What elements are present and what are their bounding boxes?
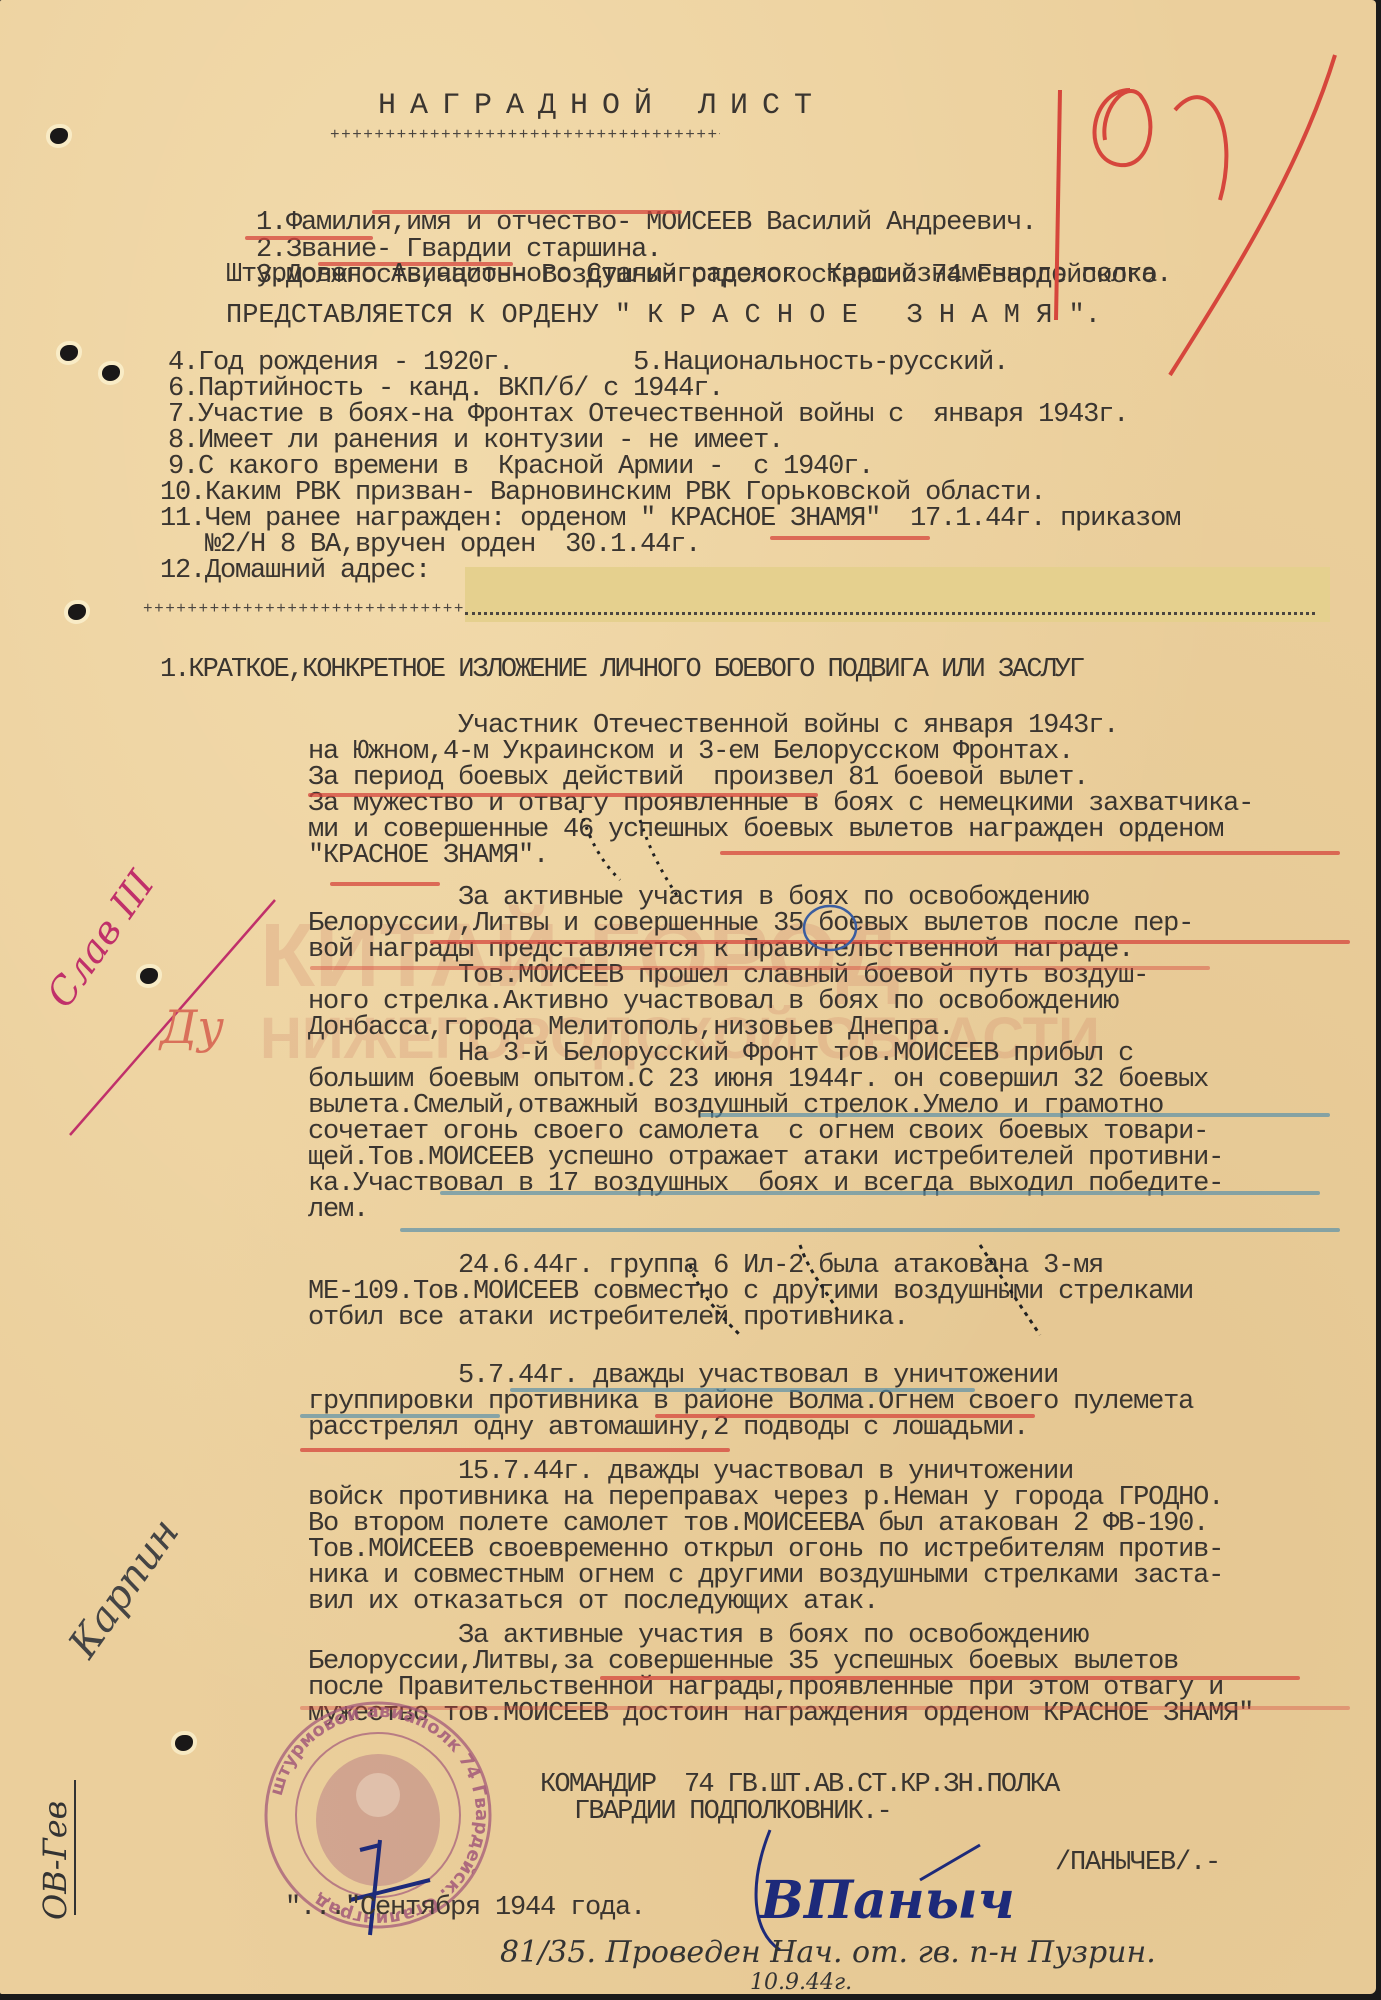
punch-hole — [60, 345, 78, 361]
body-line: ника и совместным огнем с другими воздуш… — [308, 1563, 1223, 1590]
punch-hole — [68, 604, 86, 620]
body-line: Во втором полете самолет тов.МОИСЕЕВА бы… — [308, 1511, 1208, 1538]
section-rule: +++++++++++++++++++++++++++++++++++++++ — [143, 600, 465, 618]
nomination-line: ПРЕДСТАВЛЯЕТСЯ К ОРДЕНУ " К Р А С Н О Е … — [226, 303, 1101, 330]
sign-date: "..."Сентября 1944 года. — [285, 1895, 645, 1922]
body-line: ми и совершенные 46 успешных боевых выле… — [308, 817, 1223, 844]
punch-hole — [175, 1735, 193, 1751]
body-line: войск противника на переправах через р.Н… — [308, 1485, 1223, 1512]
detail-line: 10.Каким РВК призван- Варновинским РВК Г… — [160, 480, 1045, 507]
body-line: Белоруссии,Литвы,за совершенные 35 успеш… — [308, 1649, 1178, 1676]
body-line: За активные участия в боях по освобожден… — [308, 1623, 1088, 1650]
section-rule-dotted — [465, 612, 1315, 615]
left-margin-stroke — [70, 1780, 80, 1920]
detail-line: 6.Партийность - канд. ВКП/б/ с 1944г. — [168, 376, 723, 403]
blue-circle-annotation — [800, 903, 860, 953]
underline-red — [330, 882, 440, 886]
underline-blue — [510, 1388, 975, 1392]
body-line: расстрелял одну автомашину,2 подводы с л… — [308, 1415, 1028, 1442]
underline-red — [310, 966, 1210, 970]
underline-red — [770, 536, 930, 540]
award-sheet-page: КИТАЙ-ГОРОД НИЖЕГОРОДСКОЙ ОБЛАСТИ НАГРАД… — [0, 0, 1376, 1994]
section-heading: 1.КРАТКОЕ,КОНКРЕТНОЕ ИЗЛОЖЕНИЕ ЛИЧНОГО Б… — [160, 657, 1083, 684]
body-line: "КРАСНОЕ ЗНАМЯ". — [308, 843, 548, 870]
detail-line: 11.Чем ранее награжден: орденом " КРАСНО… — [160, 506, 1180, 533]
underline-red — [430, 940, 1350, 944]
commander-name: /ПАНЫЧЕВ/.- — [1055, 1850, 1220, 1877]
body-line: щей.Тов.МОИСЕЕВ успешно отражает атаки и… — [308, 1145, 1223, 1172]
field-value: МОИСЕЕВ Василий Андреевич. — [646, 208, 1036, 238]
body-line: большим боевым опытом.С 23 июня 1944г. о… — [308, 1067, 1208, 1094]
page-title: НАГРАДНОЙ ЛИСТ — [378, 93, 826, 120]
body-line: 15.7.44г. дважды участвовал в уничтожени… — [308, 1459, 1073, 1486]
underline-red — [300, 1448, 730, 1452]
underline-red — [308, 793, 818, 797]
underline-blue — [440, 1191, 1320, 1195]
commander-title: КОМАНДИР 74 ГВ.ШТ.АВ.СТ.КР.ЗН.ПОЛКА — [540, 1772, 1059, 1799]
body-line: Тов.МОИСЕЕВ своевременно открыл огонь по… — [308, 1537, 1223, 1564]
body-line: вил их отказаться от последующих атак. — [308, 1589, 878, 1616]
body-line: лем. — [308, 1197, 368, 1224]
body-line: на Южном,4-м Украинском и 3-ем Белорусск… — [308, 739, 1073, 766]
detail-line: 12.Домашний адрес: — [160, 558, 430, 585]
handwritten-bottom-date: 10.9.44г. — [750, 1970, 852, 1994]
red-pencil-number-107 — [1000, 50, 1376, 380]
handwritten-bottom-note: 81/35. Проведен Нач. от. гв. п-н Пузрин. — [500, 1935, 1156, 1970]
body-line: сочетает огонь своего самолета с огнем с… — [308, 1119, 1208, 1146]
body-line: Донбасса,города Мелитополь,низовьев Днеп… — [308, 1015, 953, 1042]
body-line: группировки противника в районе Волма.Ог… — [308, 1389, 1193, 1416]
underline-blue — [300, 1414, 500, 1418]
body-line: За период боевых действий произвел 81 бо… — [308, 765, 1088, 792]
body-line: На 3-й Белорусский Фронт тов.МОИСЕЕВ при… — [308, 1041, 1133, 1068]
underline-blue — [400, 1228, 1340, 1232]
detail-line: 4.Год рождения - 1920г. 5.Национальность… — [168, 350, 1008, 377]
detail-line: 8.Имеет ли ранения и контузии - не имеет… — [168, 428, 783, 455]
body-line: Участник Отечественной войны с января 19… — [308, 713, 1118, 740]
body-line: 5.7.44г. дважды участвовал в уничтожении — [308, 1363, 1058, 1390]
underline-red — [600, 1676, 1300, 1680]
detail-line: 9.С какого времени в Красной Армии - с 1… — [168, 454, 873, 481]
ink-scribble — [680, 1235, 1100, 1355]
handwritten-left-signature: Карпин — [60, 1510, 188, 1666]
title-rule: +++++++++++++++++++++++++++++++++++++++ — [330, 126, 720, 144]
ink-scribble — [560, 800, 760, 920]
punch-hole — [50, 128, 68, 144]
detail-line: №2/Н 8 ВА,вручен орден 30.1.44г. — [160, 532, 700, 559]
detail-line: 7.Участие в боях-на Фронтах Отечественно… — [168, 402, 1128, 429]
handwritten-margin-initials: Ду — [160, 1000, 224, 1054]
body-line: ного стрелка.Активно участвовал в боях п… — [308, 989, 1118, 1016]
underline-red — [655, 1414, 1035, 1418]
handwritten-left-bottom-note: ОВ-Гев — [36, 1801, 74, 1920]
underline-red — [720, 851, 1340, 855]
underline-blue — [700, 1113, 1330, 1117]
punch-hole — [102, 365, 120, 381]
blue-ink-cross — [330, 1830, 450, 1940]
